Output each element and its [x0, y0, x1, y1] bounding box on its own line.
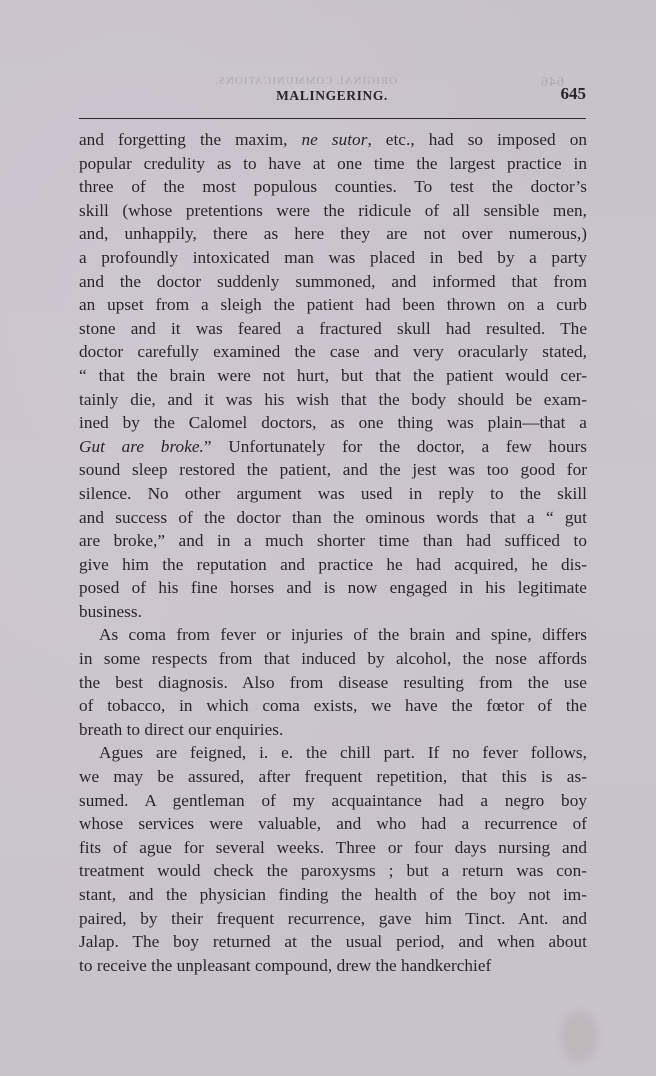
text-line: “ that the brain were not hurt, but that…	[79, 364, 587, 388]
text-line: paired, by their frequent recurrence, ga…	[79, 907, 587, 931]
text-line: to receive the unpleasant compound, drew…	[79, 954, 587, 978]
text-line: the best diagnosis. Also from disease re…	[79, 671, 587, 695]
text-line: sumed. A gentleman of my acquaintance ha…	[79, 789, 587, 813]
text-line: of tobacco, in which coma exists, we hav…	[79, 694, 587, 718]
text-line: and success of the doctor than the omino…	[79, 506, 587, 530]
text-line: Jalap. The boy returned at the usual per…	[79, 930, 587, 954]
text-line: are broke,” and in a much shorter time t…	[79, 529, 587, 553]
header-rule	[79, 118, 586, 119]
italic-text: Gut are broke.	[79, 437, 204, 456]
text-line: stant, and the physician finding the hea…	[79, 883, 587, 907]
text-line: an upset from a sleigh the patient had b…	[79, 293, 587, 317]
text-line: Gut are broke.” Unfortunately for the do…	[79, 435, 587, 459]
text-line: fits of ague for several weeks. Three or…	[79, 836, 587, 860]
paper-stain	[560, 1010, 598, 1062]
body-text: and forgetting the maxim, ne sutor, etc.…	[79, 128, 587, 977]
paragraph: As coma from fever or injuries of the br…	[79, 623, 587, 741]
text-line: posed of his fine horses and is now enga…	[79, 576, 587, 600]
text-line: three of the most populous counties. To …	[79, 175, 587, 199]
text-line: doctor carefully examined the case and v…	[79, 340, 587, 364]
running-title: MALINGERING.	[78, 88, 586, 104]
text-line: whose services were valuable, and who ha…	[79, 812, 587, 836]
text-line: and forgetting the maxim, ne sutor, etc.…	[79, 128, 587, 152]
text-line: in some respects from that induced by al…	[79, 647, 587, 671]
text-line: and the doctor suddenly summoned, and in…	[79, 270, 587, 294]
italic-text: ne sutor	[302, 130, 368, 149]
page-number: 645	[561, 84, 587, 104]
text-line: ined by the Calomel doctors, as one thin…	[79, 411, 587, 435]
paragraph: and forgetting the maxim, ne sutor, etc.…	[79, 128, 587, 623]
running-head: MALINGERING. 645	[78, 84, 586, 106]
text-line: and, unhappily, there as here they are n…	[79, 222, 587, 246]
text-line: business.	[79, 600, 587, 624]
text-line: Agues are feigned, i. e. the chill part.…	[79, 741, 587, 765]
text-line: give him the reputation and practice he …	[79, 553, 587, 577]
text-line: breath to direct our enquiries.	[79, 718, 587, 742]
text-line: stone and it was feared a fractured skul…	[79, 317, 587, 341]
text-line: we may be assured, after frequent repeti…	[79, 765, 587, 789]
text-line: a profoundly intoxicated man was placed …	[79, 246, 587, 270]
text-line: popular credulity as to have at one time…	[79, 152, 587, 176]
text-line: treatment would check the paroxysms ; bu…	[79, 859, 587, 883]
text-line: silence. No other argument was used in r…	[79, 482, 587, 506]
text-line: tainly die, and it was his wish that the…	[79, 388, 587, 412]
text-line: skill (whose pretentions were the ridicu…	[79, 199, 587, 223]
text-line: As coma from fever or injuries of the br…	[79, 623, 587, 647]
text-line: sound sleep restored the patient, and th…	[79, 458, 587, 482]
paragraph: Agues are feigned, i. e. the chill part.…	[79, 741, 587, 977]
